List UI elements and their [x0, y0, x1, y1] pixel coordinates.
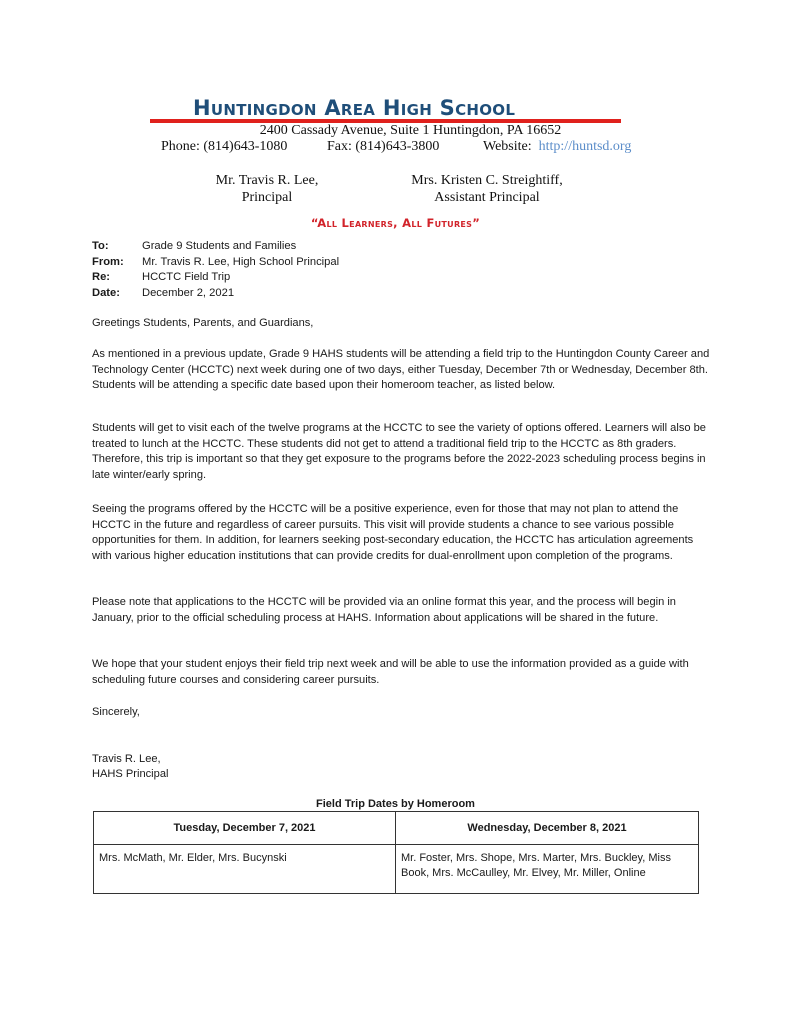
memo-value: HCCTC Field Trip	[142, 270, 230, 286]
memo-label: Date:	[92, 286, 142, 302]
memo-re: Re: HCCTC Field Trip	[92, 270, 339, 286]
memo-value: Mr. Travis R. Lee, High School Principal	[142, 255, 339, 271]
column-header-tuesday: Tuesday, December 7, 2021	[94, 812, 396, 845]
table-row: Mrs. McMath, Mr. Elder, Mrs. Bucynski Mr…	[94, 845, 699, 894]
website-link[interactable]: http://huntsd.org	[539, 139, 632, 155]
paragraph-text: Students will get to visit each of the t…	[92, 421, 712, 483]
website-label: Website:	[483, 139, 532, 155]
principal-title: Principal	[212, 189, 322, 206]
assistant-principal-title: Assistant Principal	[402, 189, 572, 206]
memo-label: From:	[92, 255, 142, 271]
school-address: 2400 Cassady Avenue, Suite 1 Huntingdon,…	[0, 123, 791, 139]
phone-number: Phone: (814)643-1080	[161, 139, 311, 155]
fax-number: Fax: (814)643-3800	[327, 139, 477, 155]
assistant-principal-block: Mrs. Kristen C. Streightiff, Assistant P…	[402, 172, 572, 206]
column-header-wednesday: Wednesday, December 8, 2021	[396, 812, 699, 845]
paragraph-text: Seeing the programs offered by the HCCTC…	[92, 502, 712, 564]
assistant-principal-name: Mrs. Kristen C. Streightiff,	[402, 172, 572, 189]
memo-value: December 2, 2021	[142, 286, 234, 302]
memo-from: From: Mr. Travis R. Lee, High School Pri…	[92, 255, 339, 271]
school-name: Huntingdon Area High School	[193, 96, 593, 120]
paragraph-closing-hope: We hope that your student enjoys their f…	[92, 657, 712, 688]
principal-block: Mr. Travis R. Lee, Principal	[212, 172, 322, 206]
paragraph-text: Please note that applications to the HCC…	[92, 595, 712, 626]
memo-label: To:	[92, 239, 142, 255]
paragraph-text: As mentioned in a previous update, Grade…	[92, 347, 712, 394]
memo-to: To: Grade 9 Students and Families	[92, 239, 339, 255]
memo-value: Grade 9 Students and Families	[142, 239, 296, 255]
paragraph-programs: Students will get to visit each of the t…	[92, 421, 712, 483]
table-header-row: Tuesday, December 7, 2021 Wednesday, Dec…	[94, 812, 699, 845]
memo-date: Date: December 2, 2021	[92, 286, 339, 302]
memo-label: Re:	[92, 270, 142, 286]
table-title: Field Trip Dates by Homeroom	[0, 798, 791, 810]
contact-line: Phone: (814)643-1080Fax: (814)643-3800We…	[161, 139, 631, 155]
wednesday-homerooms: Mr. Foster, Mrs. Shope, Mrs. Marter, Mrs…	[396, 845, 699, 894]
homeroom-table: Tuesday, December 7, 2021 Wednesday, Dec…	[93, 811, 699, 894]
paragraph-experience: Seeing the programs offered by the HCCTC…	[92, 502, 712, 564]
greeting: Greetings Students, Parents, and Guardia…	[92, 316, 712, 332]
paragraph-applications: Please note that applications to the HCC…	[92, 595, 712, 626]
principal-name: Mr. Travis R. Lee,	[212, 172, 322, 189]
paragraph-text: We hope that your student enjoys their f…	[92, 657, 712, 688]
signature-name: Travis R. Lee,	[92, 752, 712, 768]
tuesday-homerooms: Mrs. McMath, Mr. Elder, Mrs. Bucynski	[94, 845, 396, 894]
memo-header: To: Grade 9 Students and Families From: …	[92, 239, 339, 301]
school-motto: “All Learners, All Futures”	[0, 216, 791, 230]
closing: Sincerely,	[92, 705, 712, 721]
paragraph-intro: As mentioned in a previous update, Grade…	[92, 347, 712, 394]
signature-title: HAHS Principal	[92, 767, 712, 783]
